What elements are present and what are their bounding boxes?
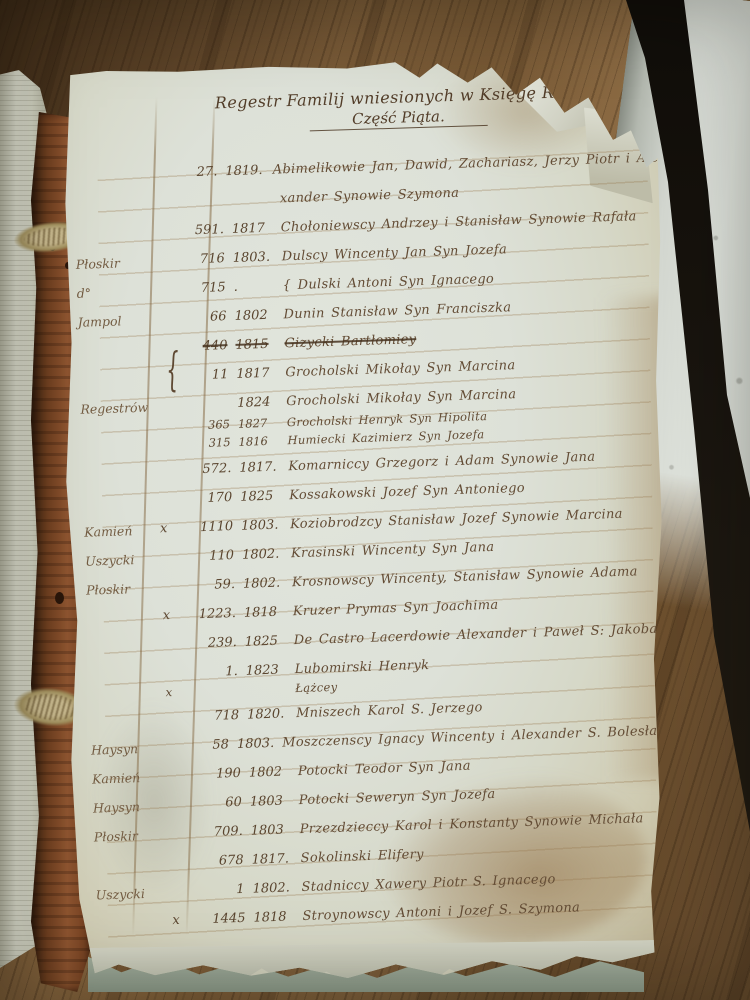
entry-number: 66 xyxy=(176,310,231,325)
entry-year: 1803. xyxy=(238,519,290,534)
entry-number: 60 xyxy=(192,796,247,811)
entry-number: 58 xyxy=(183,738,235,753)
entry-year: 1818 xyxy=(241,606,293,621)
entry-number: 1110 xyxy=(183,520,238,535)
photo-scene: Regestr Familij wniesionych w Księgę Rod… xyxy=(0,0,750,1000)
entry-number: 572. xyxy=(181,462,236,477)
district-note: d° xyxy=(71,284,149,300)
entry-year: 1816 xyxy=(235,434,287,448)
registry-page: Regestr Familij wniesionych w Księgę Rod… xyxy=(58,56,673,992)
district-note: Płoskir xyxy=(80,581,158,597)
entry-number: 239. xyxy=(187,636,242,651)
entry-number: 440 xyxy=(177,339,232,354)
entry-number: 11 xyxy=(178,368,233,383)
entry-year: 1823 xyxy=(243,664,295,679)
entry-number: 190 xyxy=(191,767,246,782)
entry-number: 1445 xyxy=(195,912,250,927)
entry-number: 170 xyxy=(182,491,237,506)
entry-number: 716 xyxy=(175,252,230,267)
district-note: Haysyn xyxy=(87,799,165,815)
entry-number: 591. xyxy=(174,223,229,238)
entry-year: 1803. xyxy=(230,251,282,266)
entry-year: 1802. xyxy=(240,577,292,592)
entry-year: 1803. xyxy=(234,737,283,752)
entry-year: 1819. xyxy=(222,164,273,179)
entry-year: 1802 xyxy=(246,765,298,780)
district-note: Uszycki xyxy=(89,886,167,902)
entry-year: 1825 xyxy=(237,490,289,505)
district-note: Kamień xyxy=(78,523,156,539)
handwritten-content: Regestr Familij wniesionych w Księgę Rod… xyxy=(64,72,682,933)
district-note: Płoskir xyxy=(70,255,148,271)
entry-year: 1827 xyxy=(235,416,287,430)
x-mark: x xyxy=(156,522,171,536)
entry-year: 1817. xyxy=(248,852,300,867)
spine-hole xyxy=(55,592,64,604)
entry-year: 1817 xyxy=(229,222,281,237)
register-part-subtitle: Część Piąta. xyxy=(309,106,488,132)
entry-number: 1223. xyxy=(186,607,241,622)
district-note: Jampol xyxy=(71,313,149,329)
entry-year: 1803 xyxy=(247,794,299,809)
district-note: Haysyn xyxy=(85,741,158,756)
x-mark: x xyxy=(161,686,176,699)
entry-year: 1825 xyxy=(242,635,294,650)
entry-year: 1802. xyxy=(249,881,301,896)
district-note xyxy=(91,928,169,930)
entry-year: 1802. xyxy=(239,548,291,563)
x-mark: x xyxy=(168,914,183,928)
entry-year: 1803 xyxy=(248,823,300,838)
entry-number: 718 xyxy=(189,709,244,724)
entry-number: 59. xyxy=(185,578,240,593)
district-note: Uszycki xyxy=(79,552,157,568)
entry-number: 315 xyxy=(180,436,235,450)
x-mark: x xyxy=(159,609,174,623)
entry-year: 1802 xyxy=(231,309,283,324)
entry-number: 1. xyxy=(188,665,243,680)
district-note: Płoskir xyxy=(88,828,166,844)
entry-year: 1817. xyxy=(236,461,288,476)
entry-year: . xyxy=(230,280,282,295)
brace-mark: { xyxy=(165,346,179,395)
entry-number: 110 xyxy=(184,549,239,564)
entry-year: 1824 xyxy=(234,396,286,411)
entry-number: 1 xyxy=(194,883,249,898)
entry-number: 27. xyxy=(169,166,223,181)
entry-year: 1817 xyxy=(233,367,285,382)
entry-number: 709. xyxy=(193,825,248,840)
district-note: Kamień xyxy=(86,770,164,786)
entry-number: 365 xyxy=(180,418,235,432)
entry-year: 1815 xyxy=(232,338,284,353)
district-note: Regestrów xyxy=(74,400,152,416)
entry-year: 1820. xyxy=(244,708,296,723)
entry-year: 1818 xyxy=(250,910,302,925)
entry-number: 715 xyxy=(176,281,231,296)
entry-number: 678 xyxy=(194,854,249,869)
